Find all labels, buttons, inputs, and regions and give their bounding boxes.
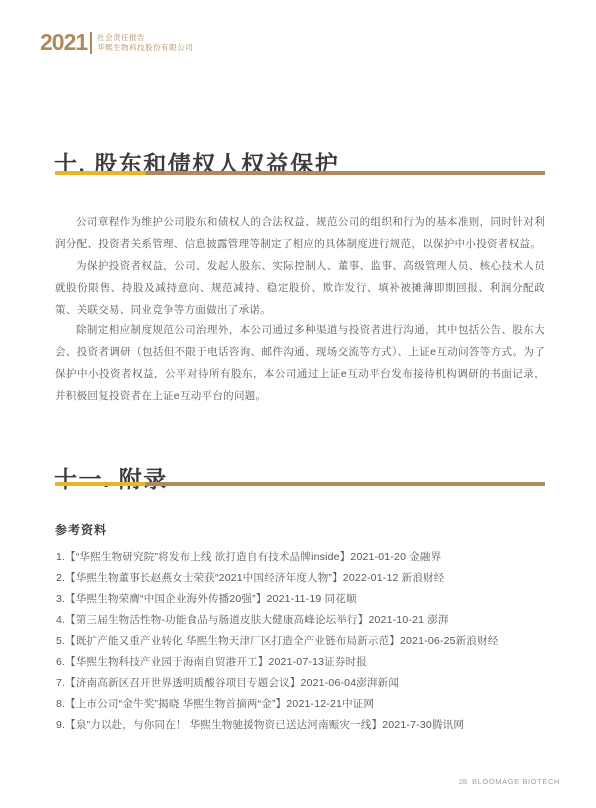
logo-text-block: 社会责任报告 华熙生物科技股份有限公司 <box>97 33 193 53</box>
reference-item: 1.【“华熙生物研究院”将发布上线 欲打造自有技术品牌inside】2021-0… <box>56 547 556 568</box>
reference-item: 3.【华熙生物荣膺“中国企业海外传播20强”】2021-11-19 同花顺 <box>56 589 556 610</box>
company-brand: BLOOMAGE BIOTECH <box>472 777 560 786</box>
reference-item: 2.【华熙生物董事长赵燕女士荣获“2021中国经济年度人物”】2022-01-1… <box>56 568 556 589</box>
section-10-paragraph-2: 为保护投资者权益，公司、发起人股东、实际控制人、董事、监事、高级管理人员、核心技… <box>55 255 545 321</box>
reference-item: 5.【既扩产能又重产业转化 华熙生物天津厂区打造全产业链布局新示范】2021-0… <box>56 631 556 652</box>
section-10-paragraph-1: 公司章程作为维护公司股东和债权人的合法权益、规范公司的组织和行为的基本准则，同时… <box>55 211 545 255</box>
references-list: 1.【“华熙生物研究院”将发布上线 欲打造自有技术品牌inside】2021-0… <box>56 547 556 736</box>
logo-divider <box>90 32 92 54</box>
references-subheading: 参考资料 <box>55 521 107 538</box>
reference-item: 4.【第三届生物活性物-功能食品与肠道皮肤大健康高峰论坛举行】2021-10-2… <box>56 610 556 631</box>
page-footer: 28 BLOOMAGE BIOTECH <box>459 777 560 786</box>
reference-item: 6.【华熙生物科技产业园于海南自贸港开工】2021-07-13证券时报 <box>56 652 556 673</box>
reference-item: 9.【泉”力以赴，与你同在！ 华熙生物驰援物资已送达河南赈灾一线】2021-7-… <box>56 715 556 736</box>
reference-item: 7.【济南高新区召开世界透明质酸谷项目专题会议】2021-06-04澎湃新闻 <box>56 673 556 694</box>
section-11-rule <box>55 482 545 486</box>
section-11-title: 十一. 附录 <box>54 461 168 494</box>
company-name: 华熙生物科技股份有限公司 <box>97 43 193 53</box>
report-title: 社会责任报告 <box>97 33 193 43</box>
section-10-paragraph-3: 除制定相应制度规范公司治理外，本公司通过多种渠道与投资者进行沟通，其中包括公告、… <box>55 319 545 407</box>
report-logo: 2021 社会责任报告 华熙生物科技股份有限公司 <box>40 31 193 54</box>
report-year: 2021 <box>40 31 87 54</box>
page-number: 28 <box>459 777 467 786</box>
section-10-rule <box>55 171 545 175</box>
report-page: 2021 社会责任报告 华熙生物科技股份有限公司 十. 股东和债权人权益保护 公… <box>0 0 596 808</box>
reference-item: 8.【上市公司“金牛奖”揭晓 华熙生物首摘两“金”】2021-12-21中证网 <box>56 694 556 715</box>
